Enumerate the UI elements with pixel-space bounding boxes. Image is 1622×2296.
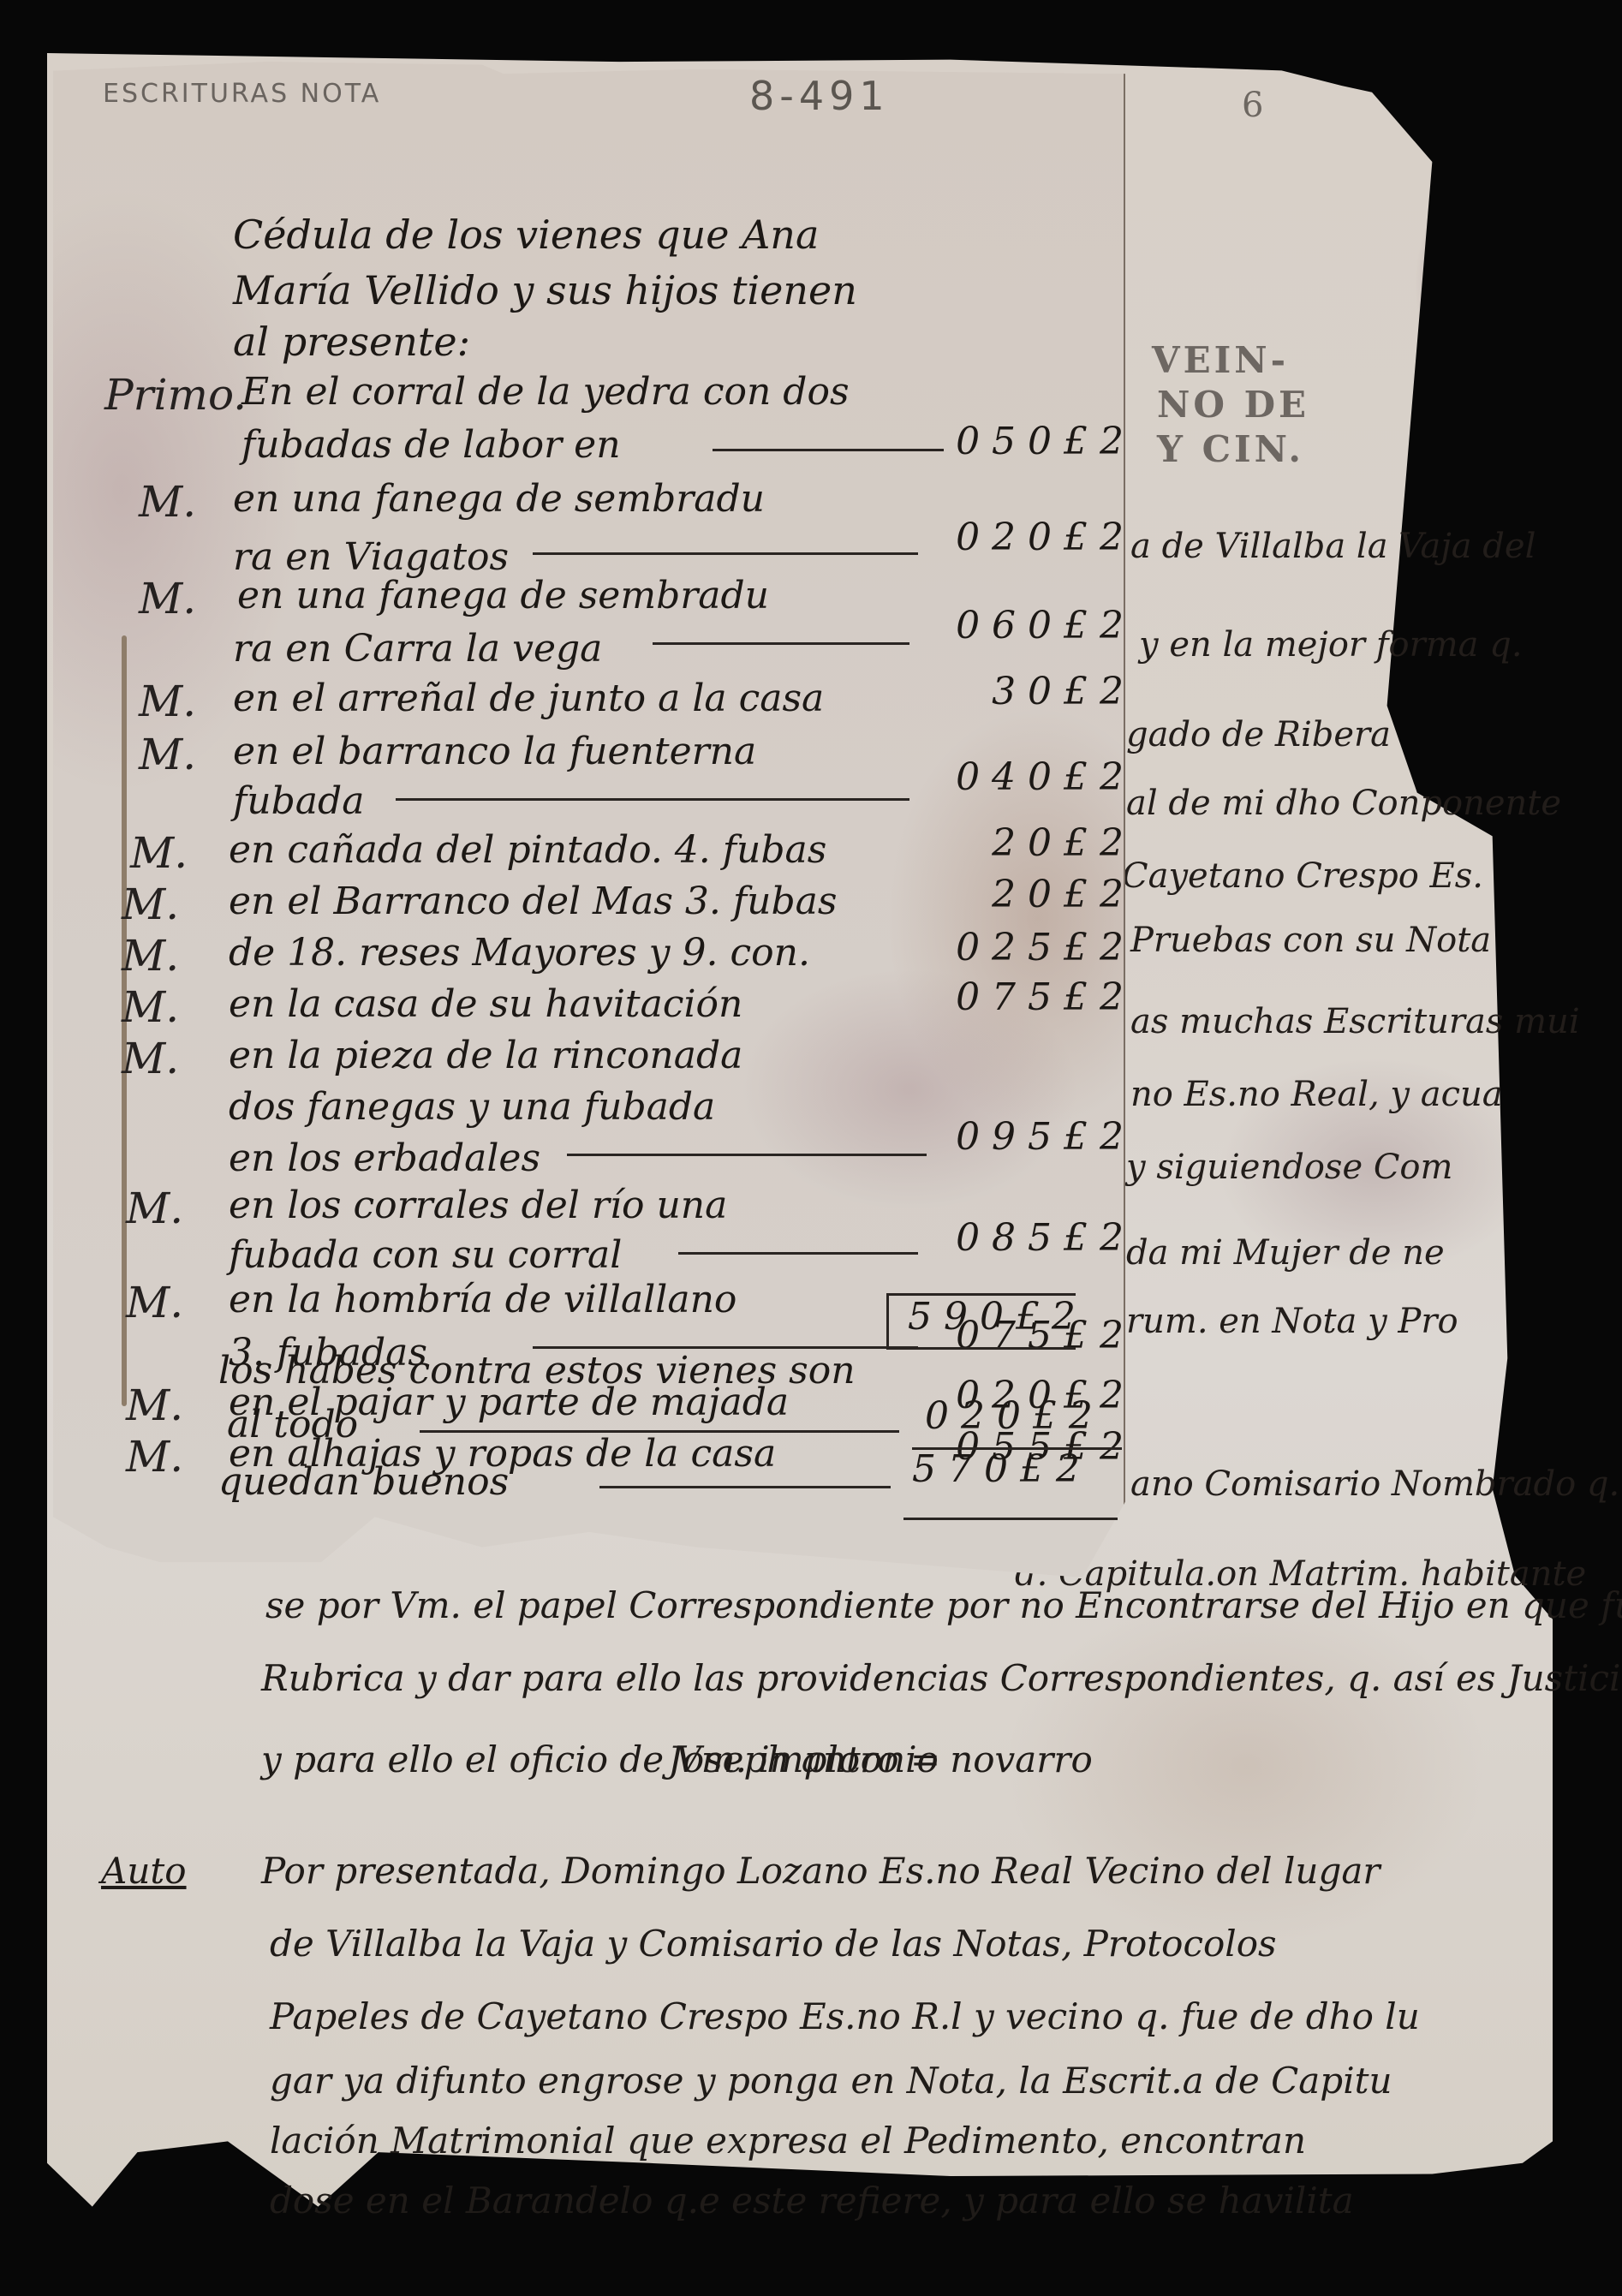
ledger-dash	[420, 1430, 899, 1433]
item-line: en la pieza de la rinconada	[229, 1034, 742, 1077]
underlying-text-line: Pruebas con su Nota	[1130, 921, 1491, 960]
item-amount: 0 8 5 £ 2	[956, 1216, 1124, 1260]
item-line: en una fanega de sembradu	[237, 574, 769, 617]
underlying-text-line: as muchas Escrituras mui	[1130, 1002, 1580, 1041]
item-marker: M.	[130, 828, 188, 878]
item-amount: 2 0 £ 2	[992, 821, 1124, 865]
item-amount: 0 4 0 £ 2	[956, 755, 1124, 799]
item-line: ra en Viagatos	[233, 535, 509, 579]
item-line: en cañada del pintado. 4. fubas	[229, 828, 826, 872]
item-marker: M.	[126, 1381, 183, 1430]
slip-title-line: María Vellido y sus hijos tienen	[233, 267, 857, 313]
underlying-text-line: no Es.no Real, y acua	[1130, 1075, 1503, 1114]
item-line: en la casa de su havitación	[229, 982, 742, 1026]
ledger-dash	[599, 1486, 891, 1488]
archive-reference-number: 8-491	[749, 73, 890, 119]
item-line: dos fanegas y una fubada	[229, 1085, 715, 1129]
item-amount: 2 0 £ 2	[992, 873, 1124, 916]
item-line: ra en Carra la vega	[233, 627, 602, 671]
remaining-label: quedan buenos	[218, 1460, 509, 1504]
body-text-line: dose en el Barandelo q.e este refiere, y…	[270, 2180, 1354, 2221]
ledger-dash	[678, 1252, 918, 1255]
margin-label-auto: Auto	[101, 1850, 187, 1892]
underlying-text-line: gado de Ribera	[1126, 715, 1391, 754]
item-amount: 0 7 5 £ 2	[956, 975, 1124, 1019]
item-amount: 0 2 5 £ 2	[956, 926, 1124, 969]
body-text-line: Rubrica y dar para ello las providencias…	[261, 1657, 1622, 1699]
body-text-line: se por Vm. el papel Correspondiente por …	[265, 1584, 1622, 1626]
stamp-line: VEIN-	[1152, 338, 1309, 383]
stamp-line: NO DE	[1152, 383, 1309, 427]
underlying-text-line: rum. en Nota y Pro	[1126, 1302, 1458, 1341]
underlying-text-line: da mi Mujer de ne	[1126, 1233, 1445, 1273]
stamp-line: Y CIN.	[1152, 427, 1309, 472]
ledger-dash	[713, 449, 944, 451]
body-text-line: gar ya difunto engrose y ponga en Nota, …	[270, 2060, 1392, 2102]
item-marker: M.	[139, 574, 196, 623]
underlying-text-line: a de Villalba la Vaja del	[1130, 527, 1536, 566]
item-amount: 0 9 5 £ 2	[956, 1115, 1124, 1159]
ledger-rule	[903, 1518, 1118, 1520]
item-line: en el arreñal de junto a la casa	[233, 677, 824, 720]
underlying-text-line: al de mi dho Conponente	[1126, 784, 1561, 823]
item-marker: M.	[126, 1432, 183, 1482]
item-marker: M.	[126, 1278, 183, 1327]
item-amount: 0 2 0 £ 2	[956, 516, 1124, 559]
ledger-dash	[533, 552, 918, 555]
slip-title-line: al presente:	[233, 319, 470, 365]
remaining-amount: 5 7 0 £ 2	[912, 1447, 1080, 1491]
item-amount: 3 0 £ 2	[992, 670, 1124, 713]
item-line: en el barranco la fuenterna	[233, 730, 756, 773]
item-marker: M.	[139, 477, 196, 527]
item-line: en la hombría de villallano	[229, 1278, 736, 1321]
body-text-line: de Villalba la Vaja y Comisario de las N…	[270, 1923, 1277, 1965]
item-amount: 0 6 0 £ 2	[956, 604, 1124, 647]
body-text-line: lación Matrimonial que expresa el Pedime…	[270, 2120, 1306, 2162]
item-line: en una fanega de sembradu	[233, 477, 765, 521]
item-line: fubada con su corral	[229, 1233, 622, 1277]
item-line: En el corral de la yedra con dos	[242, 370, 850, 414]
item-marker: Primo.	[104, 370, 247, 420]
ledger-dash	[396, 798, 909, 801]
signature: Joseph antonio novarro	[668, 1738, 1093, 1780]
underlying-text-line: y en la mejor forma q.	[1139, 625, 1523, 665]
underlying-text-line: y siguiendose Com	[1126, 1148, 1452, 1187]
ledger-dash	[653, 642, 909, 645]
ledger-dash	[567, 1154, 927, 1156]
item-line: de 18. reses Mayores y 9. con.	[229, 931, 810, 975]
printed-seal-stamp: VEIN- NO DE Y CIN.	[1152, 338, 1309, 472]
item-amount: 0 5 0 £ 2	[956, 420, 1124, 463]
slip-title-line: Cédula de los vienes que Ana	[233, 212, 819, 258]
folio-mark: 6	[1242, 86, 1263, 125]
debts-label-line: los habes contra estos vienes son	[218, 1349, 856, 1393]
item-marker: M.	[139, 677, 196, 726]
item-marker: M.	[122, 931, 179, 981]
debts-amount: 0 2 0 £ 2	[925, 1394, 1093, 1438]
underlying-text-line: ano Comisario Nombrado q.	[1130, 1464, 1619, 1504]
archive-label: ESCRITURAS NOTA	[103, 79, 381, 109]
item-marker: M.	[126, 1184, 183, 1233]
body-text-line: Papeles de Cayetano Crespo Es.no R.l y v…	[270, 1995, 1420, 2037]
item-line: en los erbadales	[229, 1136, 540, 1180]
item-marker: M.	[122, 982, 179, 1032]
item-line: fubada	[233, 779, 364, 823]
item-marker: M.	[122, 880, 179, 929]
item-line: fubadas de labor en	[242, 423, 621, 467]
item-line: en el Barranco del Mas 3. fubas	[229, 880, 837, 923]
item-marker: M.	[139, 730, 196, 779]
body-text-line: Por presentada, Domingo Lozano Es.no Rea…	[261, 1850, 1380, 1892]
item-marker: M.	[122, 1034, 179, 1083]
underlying-text-line: Cayetano Crespo Es.	[1122, 856, 1483, 896]
total-amount: 5 9 0 £ 2	[908, 1295, 1076, 1339]
debts-label-line: al todo	[227, 1403, 358, 1446]
item-line: en los corrales del río una	[229, 1184, 727, 1227]
